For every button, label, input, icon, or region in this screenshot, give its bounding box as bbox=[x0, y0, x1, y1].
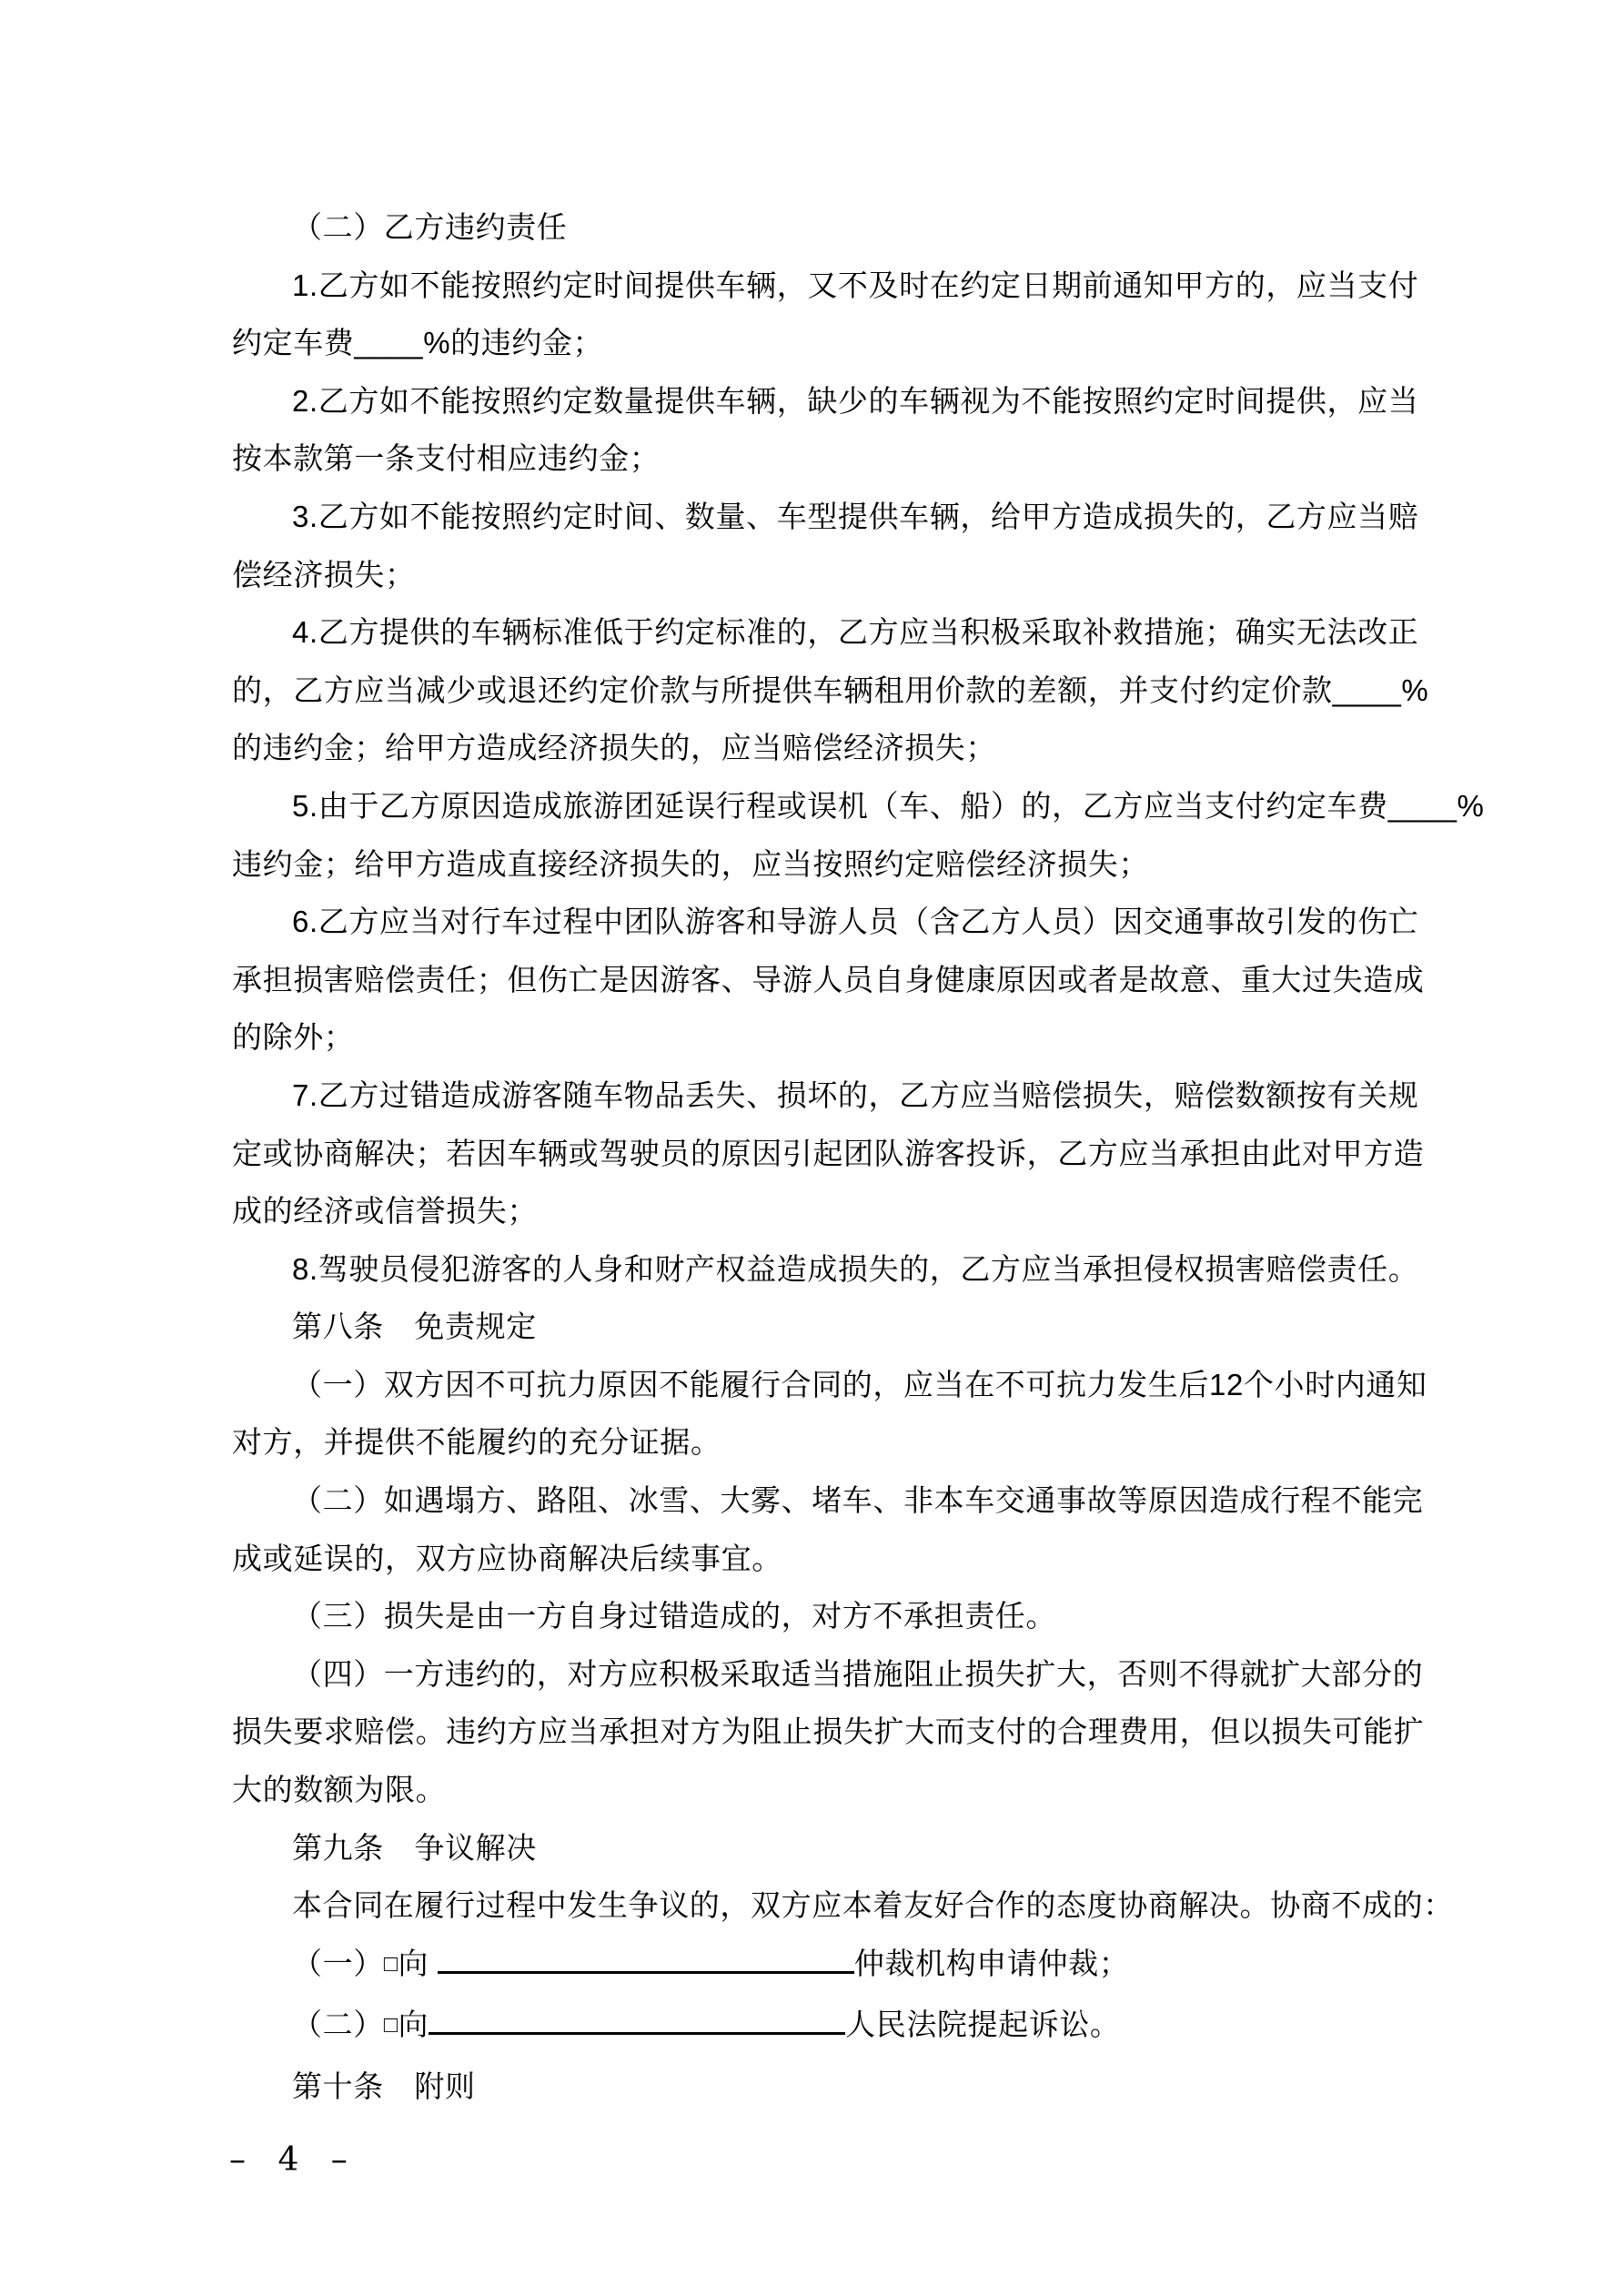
contract-line: 损失要求赔偿。违约方应当承担对方为阻止损失扩大而支付的合理费用，但以损失可能扩 bbox=[232, 1703, 1415, 1761]
option-line: （二）□向人民法院提起诉讼。 bbox=[232, 1996, 1415, 2058]
contract-line: （一）双方因不可抗力原因不能履行合同的，应当在不可抗力发生后12个小时内通知 bbox=[232, 1356, 1415, 1414]
contract-line: 5.由于乙方原因造成旅游团延误行程或误机（车、船）的，乙方应当支付约定车费___… bbox=[232, 777, 1415, 835]
fill-in-blank[interactable] bbox=[429, 2032, 845, 2035]
text-segment: 定或协商解决；若因车辆或驾驶员的原因引起团队游客投诉，乙方应当承担由此对甲方造 bbox=[232, 1137, 1424, 1170]
text-segment: 违约金；给甲方造成直接经济损失的，应当按照约定赔偿经济损失； bbox=[232, 847, 1149, 881]
clause-heading: （二）乙方违约责任 bbox=[232, 198, 1415, 257]
contract-line: 大的数额为限。 bbox=[232, 1761, 1415, 1819]
text-segment: （一） bbox=[292, 1947, 384, 1980]
contract-line: 6.乙方应当对行车过程中团队游客和导游人员（含乙方人员）因交通事故引发的伤亡 bbox=[232, 893, 1415, 951]
contract-line: 成或延误的，双方应协商解决后续事宜。 bbox=[232, 1530, 1415, 1588]
contract-text-block: （二）乙方违约责任1.乙方如不能按照约定时间提供车辆，又不及时在约定日期前通知甲… bbox=[232, 198, 1415, 2116]
option-line: （一）□向 仲裁机构申请仲裁； bbox=[232, 1935, 1415, 1997]
contract-page: （二）乙方违约责任1.乙方如不能按照约定时间提供车辆，又不及时在约定日期前通知甲… bbox=[0, 0, 1624, 2296]
text-segment: 第九条 争议解决 bbox=[292, 1831, 537, 1865]
text-segment: 6.乙方应当对行车过程中团队游客和导游人员（含乙方人员）因交通事故引发的伤亡 bbox=[292, 905, 1418, 938]
contract-line: 违约金；给甲方造成直接经济损失的，应当按照约定赔偿经济损失； bbox=[232, 835, 1415, 894]
text-segment: 1.乙方如不能按照约定时间提供车辆，又不及时在约定日期前通知甲方的，应当支付 bbox=[292, 268, 1418, 302]
text-segment: 5.由于乙方原因造成旅游团延误行程或误机（车、船）的，乙方应当支付约定车费___… bbox=[292, 789, 1484, 823]
text-segment: 第八条 免责规定 bbox=[292, 1310, 537, 1343]
text-segment: （四）一方违约的，对方应积极采取适当措施阻止损失扩大，否则不得就扩大部分的 bbox=[292, 1657, 1423, 1691]
text-segment: （三）损失是由一方自身过错造成的，对方不承担责任。 bbox=[292, 1599, 1056, 1633]
page-number: – 4 – bbox=[229, 2140, 358, 2180]
contract-line: 按本款第一条支付相应违约金； bbox=[232, 430, 1415, 488]
text-segment: （一）双方因不可抗力原因不能履行合同的，应当在不可抗力发生后12个小时内通知 bbox=[292, 1368, 1427, 1401]
contract-line: （二）如遇塌方、路阻、冰雪、大雾、堵车、非本车交通事故等原因造成行程不能完 bbox=[232, 1472, 1415, 1530]
text-segment: （二） bbox=[292, 2008, 384, 2041]
contract-line: 7.乙方过错造成游客随车物品丢失、损坏的，乙方应当赔偿损失，赔偿数额按有关规 bbox=[232, 1067, 1415, 1125]
contract-line: 3.乙方如不能按照约定时间、数量、车型提供车辆，给甲方造成损失的，乙方应当赔 bbox=[232, 488, 1415, 546]
text-segment: 向 bbox=[398, 1947, 438, 1980]
contract-line: 定或协商解决；若因车辆或驾驶员的原因引起团队游客投诉，乙方应当承担由此对甲方造 bbox=[232, 1125, 1415, 1183]
checkbox-icon[interactable]: □ bbox=[384, 1997, 398, 2055]
contract-line: （三）损失是由一方自身过错造成的，对方不承担责任。 bbox=[232, 1587, 1415, 1645]
text-segment: 承担损害赔偿责任；但伤亡是因游客、导游人员自身健康原因或者是故意、重大过失造成 bbox=[232, 963, 1424, 996]
text-segment: （二）乙方违约责任 bbox=[292, 210, 567, 244]
text-segment: 偿经济损失； bbox=[232, 558, 416, 592]
contract-line: 约定车费____%的违约金； bbox=[232, 314, 1415, 372]
text-segment: 向 bbox=[398, 2008, 429, 2041]
contract-line: 成的经济或信誉损失； bbox=[232, 1182, 1415, 1240]
text-segment: 2.乙方如不能按照约定数量提供车辆，缺少的车辆视为不能按照约定时间提供，应当 bbox=[292, 384, 1418, 418]
contract-line: 偿经济损失； bbox=[232, 546, 1415, 604]
text-segment: 本合同在履行过程中发生争议的，双方应本着友好合作的态度协商解决。协商不成的： bbox=[292, 1888, 1454, 1922]
text-segment: 的，乙方应当减少或退还约定价款与所提供车辆租用价款的差额，并支付约定价款____… bbox=[232, 673, 1428, 707]
text-segment: 第十条 附则 bbox=[292, 2069, 476, 2103]
text-segment: 的除外； bbox=[232, 1020, 354, 1054]
text-segment: 4.乙方提供的车辆标准低于约定标准的，乙方应当积极采取补救措施；确实无法改正 bbox=[292, 615, 1418, 649]
text-segment: 损失要求赔偿。违约方应当承担对方为阻止损失扩大而支付的合理费用，但以损失可能扩 bbox=[232, 1714, 1424, 1748]
text-segment: 成或延误的，双方应协商解决后续事宜。 bbox=[232, 1542, 782, 1575]
text-segment: 8.驾驶员侵犯游客的人身和财产权益造成损失的，乙方应当承担侵权损害赔偿责任。 bbox=[292, 1252, 1418, 1286]
contract-line: 的除外； bbox=[232, 1008, 1415, 1067]
contract-line: 的，乙方应当减少或退还约定价款与所提供车辆租用价款的差额，并支付约定价款____… bbox=[232, 662, 1415, 720]
contract-line: 的违约金；给甲方造成经济损失的，应当赔偿经济损失； bbox=[232, 719, 1415, 777]
checkbox-icon[interactable]: □ bbox=[384, 1936, 398, 1994]
text-segment: 人民法院提起诉讼。 bbox=[845, 2008, 1120, 2041]
text-segment: 对方，并提供不能履约的充分证据。 bbox=[232, 1425, 721, 1459]
text-segment: （二）如遇塌方、路阻、冰雪、大雾、堵车、非本车交通事故等原因造成行程不能完 bbox=[292, 1483, 1423, 1517]
contract-line: 承担损害赔偿责任；但伤亡是因游客、导游人员自身健康原因或者是故意、重大过失造成 bbox=[232, 951, 1415, 1009]
text-segment: 约定车费____%的违约金； bbox=[232, 326, 603, 359]
text-segment: 大的数额为限。 bbox=[232, 1773, 446, 1806]
contract-line: 8.驾驶员侵犯游客的人身和财产权益造成损失的，乙方应当承担侵权损害赔偿责任。 bbox=[232, 1240, 1415, 1299]
text-segment: 成的经济或信誉损失； bbox=[232, 1194, 538, 1228]
text-segment: 7.乙方过错造成游客随车物品丢失、损坏的，乙方应当赔偿损失，赔偿数额按有关规 bbox=[292, 1078, 1418, 1112]
contract-line: 对方，并提供不能履约的充分证据。 bbox=[232, 1413, 1415, 1472]
contract-line: （四）一方违约的，对方应积极采取适当措施阻止损失扩大，否则不得就扩大部分的 bbox=[232, 1645, 1415, 1704]
contract-line: 2.乙方如不能按照约定数量提供车辆，缺少的车辆视为不能按照约定时间提供，应当 bbox=[232, 372, 1415, 430]
text-segment: 按本款第一条支付相应违约金； bbox=[232, 441, 660, 475]
contract-line: 1.乙方如不能按照约定时间提供车辆，又不及时在约定日期前通知甲方的，应当支付 bbox=[232, 257, 1415, 315]
article-heading: 第十条 附则 bbox=[232, 2058, 1415, 2116]
text-segment: 仲裁机构申请仲裁； bbox=[854, 1947, 1129, 1980]
article-heading: 第九条 争议解决 bbox=[232, 1819, 1415, 1877]
text-segment: 3.乙方如不能按照约定时间、数量、车型提供车辆，给甲方造成损失的，乙方应当赔 bbox=[292, 500, 1418, 533]
contract-line: 4.乙方提供的车辆标准低于约定标准的，乙方应当积极采取补救措施；确实无法改正 bbox=[232, 603, 1415, 662]
text-segment: 的违约金；给甲方造成经济损失的，应当赔偿经济损失； bbox=[232, 731, 996, 764]
contract-line: 本合同在履行过程中发生争议的，双方应本着友好合作的态度协商解决。协商不成的： bbox=[232, 1876, 1415, 1935]
article-heading: 第八条 免责规定 bbox=[232, 1298, 1415, 1356]
fill-in-blank[interactable] bbox=[438, 1971, 854, 1974]
